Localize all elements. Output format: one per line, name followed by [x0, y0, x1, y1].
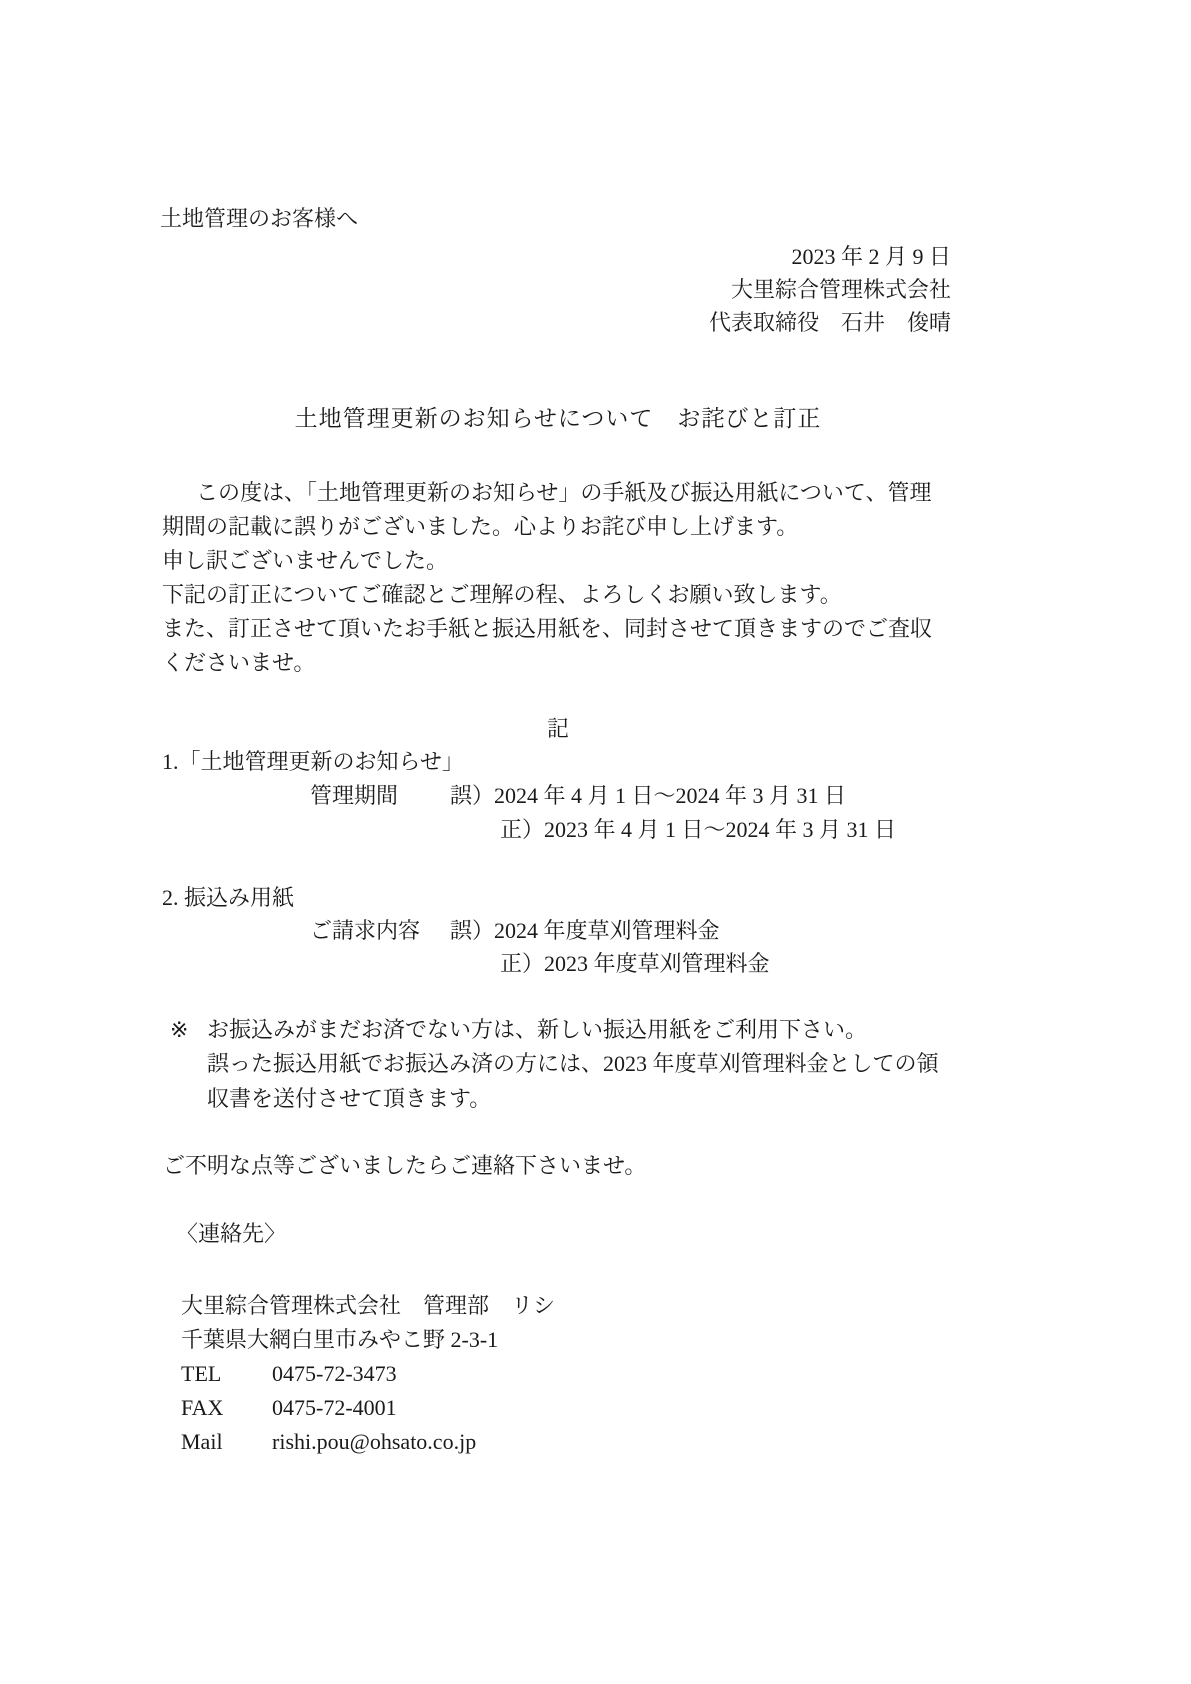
contact-address-line: 千葉県大網白里市みやこ野 2-3-1 [181, 1325, 498, 1355]
company-name-line: 大里綜合管理株式会社 [709, 273, 951, 306]
contact-tel-line: TEL0475-72-3473 [181, 1359, 397, 1389]
paragraph-line: この度は、「土地管理更新のお知らせ」の手紙及び振込用紙について、管理 [162, 476, 932, 510]
note-line: お振込みがまだお済でない方は、新しい振込用紙をご利用下さい。 [207, 1015, 867, 1045]
paragraph-line: 申し訳ございませんでした。 [162, 544, 932, 578]
contact-heading: 〈連絡先〉 [176, 1219, 286, 1249]
date-line: 2023 年 2 月 9 日 [709, 240, 951, 273]
contact-fax-line: FAX0475-72-4001 [181, 1393, 397, 1423]
record-heading: 記 [158, 714, 958, 744]
tel-label: TEL [181, 1359, 272, 1389]
note-marker: ※ [170, 1015, 188, 1045]
fax-label: FAX [181, 1393, 272, 1423]
representative-line: 代表取締役 石井 俊晴 [709, 306, 951, 339]
item2-correct-value: 正）2023 年度草刈管理料金 [500, 949, 770, 979]
item2-wrong-value: 誤）2024 年度草刈管理料金 [450, 916, 720, 946]
item1-wrong-value: 誤）2024 年 4 月 1 日～2024 年 3 月 31 日 [450, 781, 846, 811]
note-line: 誤った振込用紙でお振込み済の方には、2023 年度草刈管理料金としての領 [207, 1049, 939, 1079]
recipient-line: 土地管理のお客様へ [160, 204, 358, 234]
mail-label: Mail [181, 1427, 272, 1457]
contact-mail-line: Mailrishi.pou@ohsato.co.jp [181, 1427, 476, 1457]
header-block: 2023 年 2 月 9 日 大里綜合管理株式会社 代表取締役 石井 俊晴 [709, 240, 951, 339]
contact-company-line: 大里綜合管理株式会社 管理部 リシ [181, 1291, 555, 1321]
paragraph-line: 期間の記載に誤りがございました。心よりお詫び申し上げます。 [162, 510, 932, 544]
item1-label: 管理期間 [310, 781, 398, 811]
note-line: 収書を送付させて頂きます。 [207, 1084, 491, 1114]
item2-heading: 2. 振込み用紙 [162, 883, 294, 913]
closing-line: ご不明な点等ございましたらご連絡下さいませ。 [163, 1151, 646, 1181]
paragraph-line: また、訂正させて頂いたお手紙と振込用紙を、同封させて頂きますのでご査収 [162, 612, 932, 646]
item2-label: ご請求内容 [310, 916, 420, 946]
fax-value: 0475-72-4001 [272, 1395, 397, 1420]
mail-value: rishi.pou@ohsato.co.jp [272, 1429, 476, 1454]
item1-heading: 1.「土地管理更新のお知らせ」 [162, 747, 464, 777]
opening-paragraph: この度は、「土地管理更新のお知らせ」の手紙及び振込用紙について、管理 期間の記載… [162, 476, 932, 680]
tel-value: 0475-72-3473 [272, 1361, 397, 1386]
paragraph-line: くださいませ。 [162, 646, 932, 680]
paragraph-line: 下記の訂正についてご確認とご理解の程、よろしくお願い致します。 [162, 578, 932, 612]
document-page: 土地管理のお客様へ 2023 年 2 月 9 日 大里綜合管理株式会社 代表取締… [0, 0, 1191, 1684]
document-title: 土地管理更新のお知らせについて お詫びと訂正 [158, 404, 958, 434]
item1-correct-value: 正）2023 年 4 月 1 日～2024 年 3 月 31 日 [500, 815, 896, 845]
